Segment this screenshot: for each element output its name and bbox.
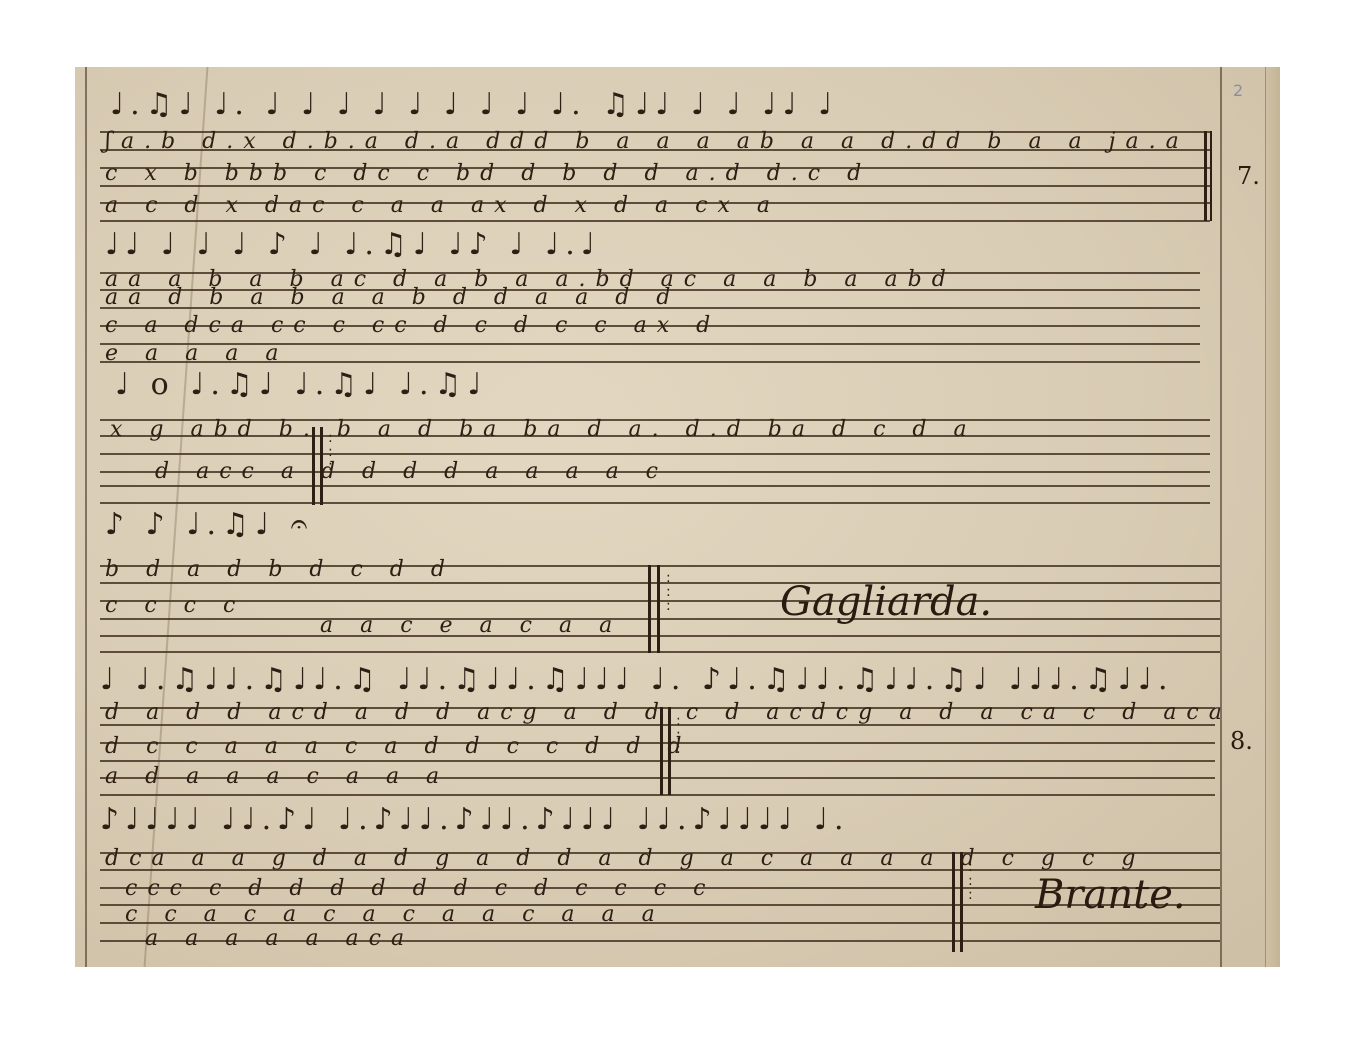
- tab-letters: d c c a a a c a d d c c d d d: [105, 734, 691, 759]
- staff-line: [100, 485, 1210, 487]
- staff-line: [100, 502, 1210, 504]
- final-barline: [960, 852, 963, 952]
- tab-letters: dca a a g d a d g a d d a d g a c a a a …: [105, 846, 1145, 871]
- final-barline: [648, 565, 651, 653]
- tab-letters: e a a a a: [105, 341, 288, 366]
- next-page-edge: [1265, 67, 1280, 967]
- repeat-barline: [320, 427, 323, 505]
- right-margin-rule: [1220, 67, 1222, 967]
- repeat-barline: [660, 707, 663, 795]
- tab-letters: a d a a a c a a a: [105, 764, 449, 789]
- rhythm-flags: ♩ o ♩.♫♩ ♩.♫♩ ♩.♫♩: [115, 367, 488, 402]
- staff-line: [100, 794, 1215, 796]
- tab-letters: c c c c: [105, 593, 245, 618]
- repeat-barline: [668, 707, 671, 795]
- tab-letters: ʃa.b d.x d.b.a d.a ddd b a a a ab a a d.…: [105, 129, 1189, 154]
- rhythm-flags: ♪♩♩♩♩ ♩♩.♪♩ ♩.♪♩♩.♪♩♩.♪♩♩♩ ♩♩.♪♩♩♩♩ ♩.: [100, 802, 850, 837]
- repeat-dots: :::: [968, 860, 976, 902]
- piece-title-brante: Brante.: [1035, 872, 1186, 918]
- repeat-barline: [312, 427, 315, 505]
- final-barline: [1204, 131, 1207, 221]
- repeat-dots: :::: [676, 714, 684, 756]
- rhythm-flags: ♪ ♪ ♩.♫♩ 𝄐: [105, 507, 313, 542]
- tablature-system-5: ♩ ♩.♫♩♩.♫♩♩.♫ ♩♩.♫♩♩.♫♩♩♩ ♩. ♪♩.♫♩♩.♫♩♩.…: [100, 662, 1215, 812]
- staff-line: [100, 635, 1220, 637]
- margin-number-8: 8.: [1230, 727, 1253, 755]
- final-barline: [952, 852, 955, 952]
- staff-line: [100, 618, 1220, 620]
- repeat-dots: :::: [328, 431, 336, 473]
- tab-letters: aa d b a b a a b d d a a d d: [105, 285, 680, 310]
- piece-title-gagliarda: Gagliarda.: [780, 579, 992, 625]
- staff-line: [100, 582, 1220, 584]
- tab-letters: d acc a d d d d a a a a c: [155, 459, 668, 484]
- manuscript-page: 2 ♩.♫♩ ♩. ♩ ♩ ♩ ♩ ♩ ♩ ♩ ♩ ♩. ♫♩♩ ♩ ♩ ♩♩ …: [75, 67, 1280, 967]
- tab-letters: a a a a a aca: [145, 926, 414, 951]
- repeat-dots: :::: [666, 571, 674, 613]
- tablature-system-4: ♪ ♪ ♩.♫♩ 𝄐 b d a d b d c d d c c c c a a…: [100, 507, 1215, 657]
- tab-letters: a c d x dac c a a ax d x d a cx a: [105, 193, 780, 218]
- rhythm-flags: ♩.♫♩ ♩. ♩ ♩ ♩ ♩ ♩ ♩ ♩ ♩ ♩. ♫♩♩ ♩ ♩ ♩♩ ♩: [110, 87, 838, 122]
- rhythm-flags: ♩ ♩.♫♩♩.♫♩♩.♫ ♩♩.♫♩♩.♫♩♩♩ ♩. ♪♩.♫♩♩.♫♩♩.…: [100, 662, 1174, 697]
- staff-line: [100, 651, 1220, 653]
- tablature-system-3: ♩ o ♩.♫♩ ♩.♫♩ ♩.♫♩ x g abd b. b a d ba b…: [100, 367, 1215, 507]
- tab-letters: x g abd b. b a d ba ba d a. d.d ba d c d…: [110, 417, 977, 442]
- tablature-system-1: ♩.♫♩ ♩. ♩ ♩ ♩ ♩ ♩ ♩ ♩ ♩ ♩. ♫♩♩ ♩ ♩ ♩♩ ♩ …: [100, 87, 1215, 227]
- tablature-system-6: ♪♩♩♩♩ ♩♩.♪♩ ♩.♪♩♩.♪♩♩.♪♩♩♩ ♩♩.♪♩♩♩♩ ♩. d…: [100, 802, 1215, 962]
- tab-letters: a a c e a c a a: [320, 613, 622, 638]
- staff-line: [100, 600, 1220, 602]
- final-barline: [1210, 131, 1212, 221]
- staff-line: [100, 220, 1210, 222]
- staff-line: [100, 760, 1215, 762]
- tab-letters: c a dca cc c cc d c d c c ax d: [105, 313, 720, 338]
- tab-letters: c c a c a c a c a a c a a a: [125, 902, 665, 927]
- tab-letters: c x b bbb c dc c bd d b d d a.d d.c d: [105, 161, 871, 186]
- margin-number-7: 7.: [1237, 162, 1260, 190]
- staff-line: [100, 453, 1210, 455]
- tab-letters: ccc c d d d d d d c d c c c c: [125, 876, 715, 901]
- pencil-page-number: 2: [1233, 81, 1243, 100]
- left-margin-rule: [85, 67, 87, 967]
- tablature-system-2: ♩♩ ♩ ♩ ♩ ♪ ♩ ♩.♫♩ ♩♪ ♩ ♩.♩ aa a b a b ac…: [100, 227, 1215, 377]
- final-barline: [657, 565, 660, 653]
- rhythm-flags: ♩♩ ♩ ♩ ♩ ♪ ♩ ♩.♫♩ ♩♪ ♩ ♩.♩: [105, 227, 601, 262]
- tab-letters: b d a d b d c d d: [105, 557, 455, 582]
